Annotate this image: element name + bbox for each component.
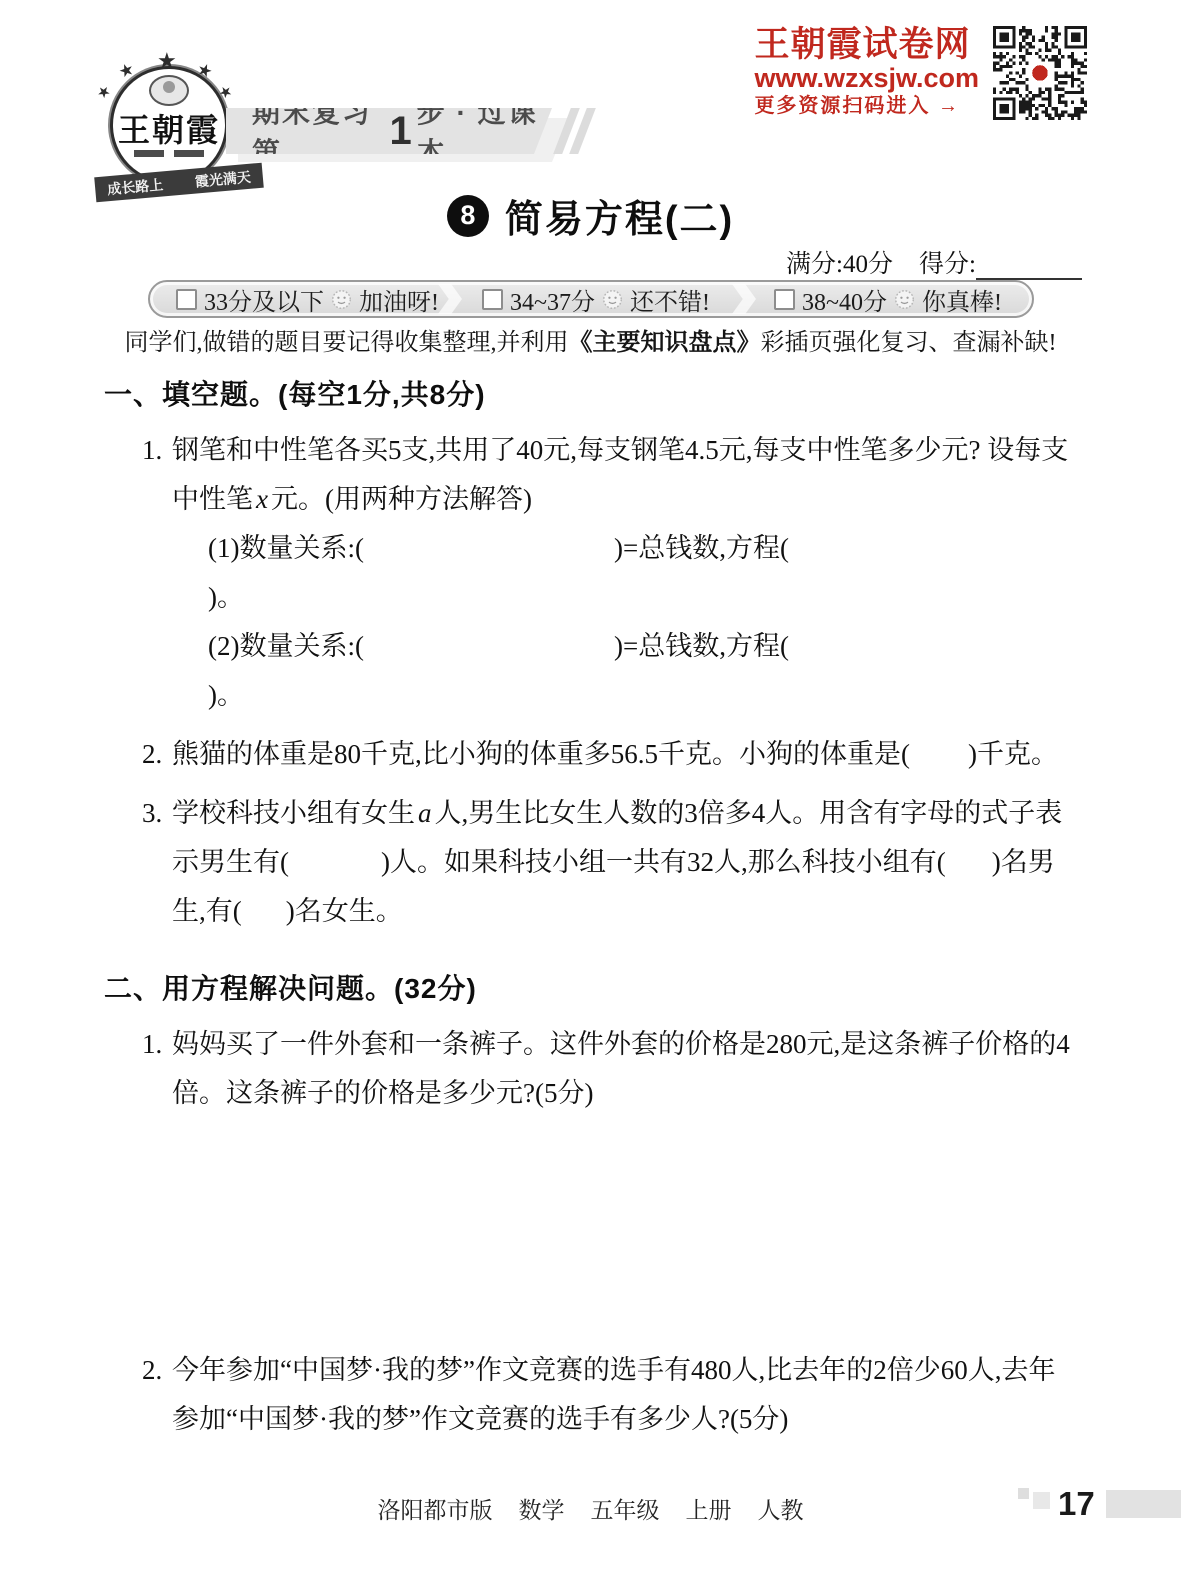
wangzhaoxia-logo-badge: ★ ★ ★ ★ ★ 王朝霞 成长路上 霞光满天	[110, 66, 228, 184]
variable-a: a	[415, 798, 435, 828]
tier-praise: 加油呀!	[359, 282, 439, 317]
tier-checkbox[interactable]	[176, 289, 197, 310]
footer-subject: 数学	[519, 1498, 565, 1523]
tier-checkbox[interactable]	[774, 289, 795, 310]
score-tier-low: 33分及以下 加油呀!	[176, 282, 439, 316]
review-step-banner: 期末复习第 1 步 · 过课本	[226, 108, 552, 154]
footer-press: 人教	[758, 1498, 804, 1523]
decoration-square	[1033, 1492, 1050, 1509]
star-icon: ★	[215, 81, 237, 103]
tier-range: 34~37分	[510, 282, 595, 317]
question-number: 1.	[142, 426, 162, 475]
star-icon: ★	[93, 81, 115, 103]
answer-blank	[364, 547, 614, 557]
question: 1. 妈妈买了一件外套和一条裤子。这件外套的价格是280元,是这条裤子价格的4倍…	[104, 1020, 1082, 1118]
sub-item-text: )。	[208, 582, 244, 612]
question: 2. 熊猫的体重是80千克,比小狗的体重多56.5千克。小狗的体重是()千克。	[104, 730, 1082, 779]
page-number-tab: 17	[1000, 1488, 1181, 1522]
site-url: www.wzxsjw.com	[754, 63, 979, 93]
answer-blank	[789, 547, 1057, 557]
study-notice: 同学们,做错的题目要记得收集整理,并利用《主要知识盘点》彩插页强化复习、查漏补缺…	[0, 322, 1181, 357]
answer-blank	[242, 910, 286, 920]
brand-block: 王朝霞试卷网 www.wzxsjw.com 更多资源扫码进入 →	[754, 26, 1087, 120]
question-text: 元。(用两种方法解答)	[271, 484, 532, 514]
notice-post: 彩插页强化复习、查漏补缺!	[761, 330, 1057, 356]
question: 1. 钢笔和中性笔各买5支,共用了40元,每支钢笔4.5元,每支中性笔多少元? …	[104, 426, 1082, 720]
paper-title: 8 简易方程(二)	[0, 188, 1181, 243]
answer-blank	[289, 861, 381, 871]
decoration-bar	[1106, 1490, 1181, 1518]
section2-heading: 二、用方程解决问题。(32分)	[104, 968, 1082, 1010]
logo-motto-decoration	[113, 150, 225, 157]
sub-item: (2)数量关系:()=总钱数,方程()。	[172, 622, 1082, 720]
question-number: 3.	[142, 789, 162, 838]
footer-volume: 上册	[686, 1498, 732, 1523]
face-icon	[331, 289, 352, 310]
unit-number-badge: 8	[447, 195, 489, 237]
tier-praise: 还不错!	[630, 282, 710, 317]
answer-blank	[946, 861, 992, 871]
sub-item-text: )=总钱数,方程(	[614, 533, 789, 563]
question-text: )人。如果科技小组一共有32人,那么科技小组有(	[381, 847, 946, 877]
question-text: 妈妈买了一件外套和一条裤子。这件外套的价格是280元,是这条裤子价格的4倍。这条…	[172, 1029, 1070, 1108]
tier-checkbox[interactable]	[482, 289, 503, 310]
score-blank-line	[976, 254, 1082, 280]
tier-range: 33分及以下	[204, 282, 324, 317]
site-name: 王朝霞试卷网	[754, 26, 979, 63]
portrait-icon	[149, 75, 189, 106]
variable-x: x	[253, 484, 271, 514]
question-text: )名女生。	[286, 896, 403, 926]
section1-heading: 一、填空题。(每空1分,共8分)	[104, 374, 1082, 416]
star-icon: ★	[116, 59, 137, 83]
star-icon: ★	[194, 59, 215, 83]
answer-blank	[789, 645, 1057, 655]
decoration-square	[1018, 1488, 1029, 1499]
score-tier-bar: 33分及以下 加油呀! 34~37分 还不错! 38~40分 你真棒!	[148, 280, 1034, 318]
question: 3. 学校科技小组有女生a人,男生比女生人数的3倍多4人。用含有字母的式子表示男…	[104, 789, 1082, 936]
question-number: 2.	[142, 730, 162, 779]
star-icon: ★	[157, 49, 177, 74]
question-text: 今年参加“中国梦·我的梦”作文竞赛的选手有480人,比去年的2倍少60人,去年参…	[172, 1355, 1055, 1434]
question-text: 熊猫的体重是80千克,比小狗的体重多56.5千克。小狗的体重是(	[172, 739, 910, 769]
notice-book-title: 《主要知识盘点》	[569, 329, 761, 356]
sub-item-text: (1)数量关系:(	[208, 533, 364, 563]
face-icon	[602, 289, 623, 310]
banner-step-number: 1	[389, 111, 413, 151]
sub-item: (1)数量关系:()=总钱数,方程()。	[172, 524, 1082, 622]
answer-blank	[910, 753, 968, 763]
score-tier-high: 38~40分 你真棒!	[774, 282, 1002, 316]
tier-range: 38~40分	[802, 282, 887, 317]
score-line: 满分:40分得分:	[786, 244, 1082, 280]
work-space	[104, 1118, 1082, 1336]
qr-center-emblem-icon	[1032, 65, 1048, 81]
page-title: 简易方程(二)	[505, 188, 734, 243]
footer-edition: 洛阳都市版	[378, 1498, 493, 1523]
score-tier-mid: 34~37分 还不错!	[482, 282, 710, 316]
paper-body: 一、填空题。(每空1分,共8分) 1. 钢笔和中性笔各买5支,共用了40元,每支…	[104, 374, 1082, 1444]
sub-item-text: )=总钱数,方程(	[614, 631, 789, 661]
question-text: )千克。	[968, 739, 1058, 769]
sub-item-text: )。	[208, 680, 244, 710]
question-number: 1.	[142, 1020, 162, 1069]
question-text: 学校科技小组有女生	[172, 798, 415, 828]
question-number: 2.	[142, 1346, 162, 1395]
answer-blank	[364, 645, 614, 655]
chevron-right-icon	[438, 284, 462, 314]
face-icon	[894, 289, 915, 310]
chevron-right-icon	[732, 284, 756, 314]
tier-praise: 你真棒!	[922, 282, 1002, 317]
question: 2. 今年参加“中国梦·我的梦”作文竞赛的选手有480人,比去年的2倍少60人,…	[104, 1346, 1082, 1444]
logo-name: 王朝霞	[113, 105, 225, 151]
brand-text: 王朝霞试卷网 www.wzxsjw.com 更多资源扫码进入 →	[754, 26, 979, 119]
site-tagline: 更多资源扫码进入 →	[754, 93, 979, 119]
page-number: 17	[1058, 1485, 1095, 1523]
sub-item-text: (2)数量关系:(	[208, 631, 364, 661]
qr-code-icon	[993, 26, 1087, 120]
got-score-label: 得分:	[919, 251, 976, 278]
full-score-label: 满分:40分	[786, 251, 893, 278]
exam-paper-page: 王朝霞试卷网 www.wzxsjw.com 更多资源扫码进入 → ★ ★ ★ ★…	[0, 0, 1181, 1582]
footer-grade: 五年级	[591, 1498, 660, 1523]
notice-pre: 同学们,做错的题目要记得收集整理,并利用	[125, 330, 569, 356]
